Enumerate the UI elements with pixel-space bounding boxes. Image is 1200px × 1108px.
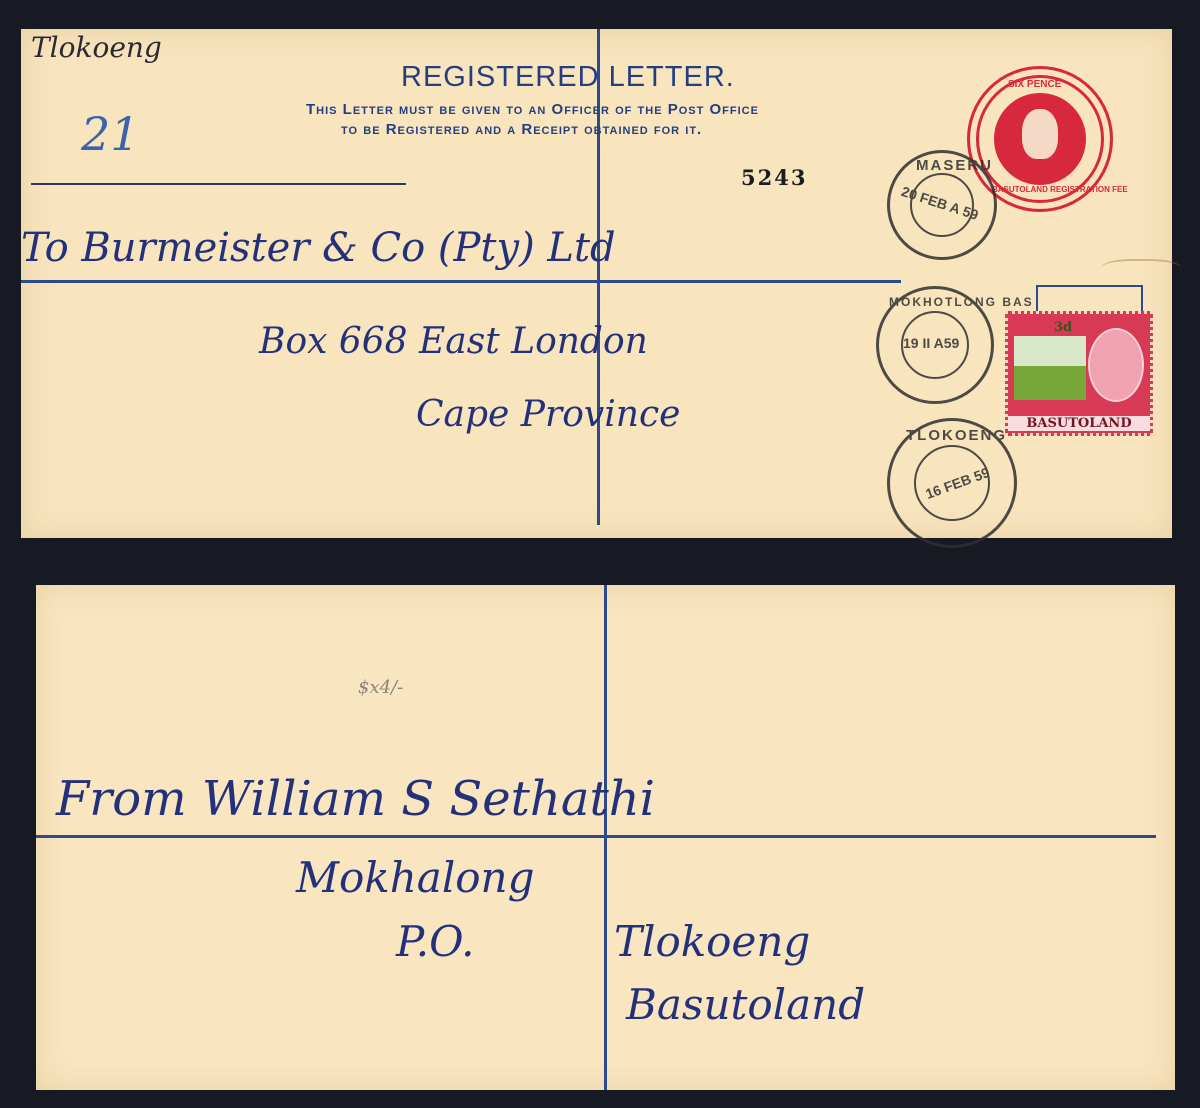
postmark-tlokoeng: TLOKOENG 16 FEB 59 [887, 418, 1017, 548]
stamp-hut-icon [1014, 366, 1086, 400]
basutoland-3d-stamp: 3d BASUTOLAND [1005, 311, 1153, 436]
envelope-back: $x4/- From William S Sethathi Mokhalong … [36, 585, 1175, 1090]
stamp-value: 3d [1054, 320, 1072, 335]
underline-stroke [31, 183, 406, 185]
registered-letter-title: REGISTERED LETTER. [401, 61, 735, 94]
address-line-1: To Burmeister & Co (Pty) Ltd [21, 225, 616, 271]
queen-profile-icon [1022, 109, 1058, 159]
postmark-mokhotlong: MOKHOTLONG BAS 19 II A59 [876, 286, 994, 404]
address-line-2: Box 668 East London [259, 321, 648, 362]
address-line-3: Cape Province [416, 394, 680, 435]
indicia-ring-text: BASUTOLAND REGISTRATION FEE [992, 185, 1128, 194]
postmark-town: TLOKOENG [906, 427, 1007, 444]
postmark-town: MOKHOTLONG BAS [889, 295, 1034, 309]
sender-line-1: From William S Sethathi [56, 771, 655, 827]
instruction-line-2: to be Registered and a Receipt obtained … [341, 121, 702, 138]
indicia-value-text: SIX PENCE [1008, 79, 1061, 90]
crayon-note-number: 21 [81, 107, 140, 161]
sender-line-5: Basutoland [626, 980, 865, 1029]
postmark-date: 19 II A59 [903, 335, 959, 351]
pencil-price-note: $x4/- [358, 677, 403, 698]
sender-line-4: Tlokoeng [614, 917, 810, 966]
postmark-town: MASERU [916, 157, 993, 174]
envelope-front: REGISTERED LETTER. This Letter must be g… [21, 29, 1172, 538]
stamp-queen-portrait-icon [1088, 328, 1144, 402]
pencil-note-tlokoeng: Tlokoeng [31, 31, 162, 64]
registration-number: 5243 [741, 165, 807, 190]
front-horizontal-rule [21, 280, 901, 283]
back-horizontal-rule [36, 835, 1156, 838]
sender-line-2: Mokhalong [296, 853, 535, 902]
water-stain [1101, 259, 1181, 281]
instruction-line-1: This Letter must be given to an Officer … [306, 101, 759, 118]
sender-line-3: P.O. [396, 917, 474, 966]
stamp-country: BASUTOLAND [1008, 416, 1150, 431]
postmark-maseru: MASERU 20 FEB A 59 [887, 150, 997, 260]
